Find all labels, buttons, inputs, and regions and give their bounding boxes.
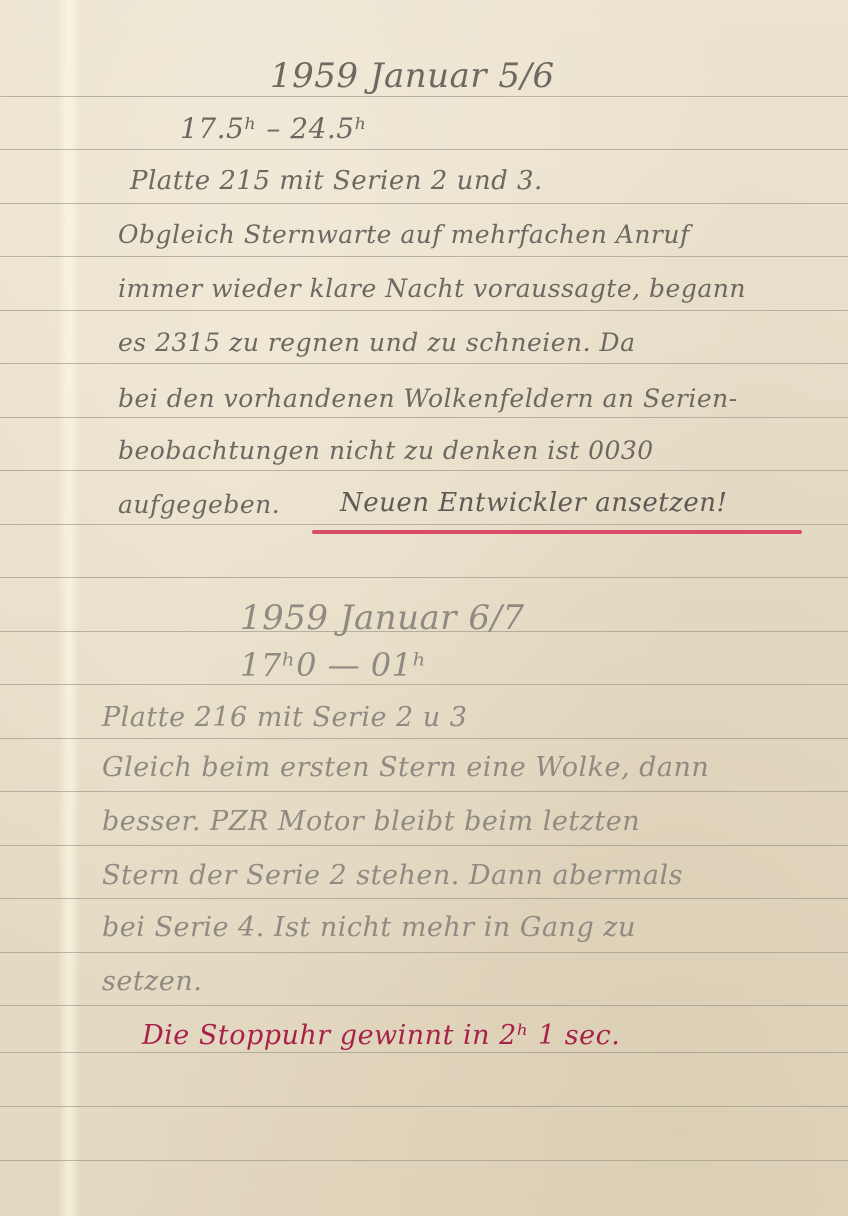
entry1-line: Obgleich Sternwarte auf mehrfachen Anruf: [118, 220, 690, 249]
ruled-line: [0, 363, 848, 364]
ruled-line: [0, 149, 848, 150]
red-ink-note: Die Stoppuhr gewinnt in 2ʰ 1 sec.: [142, 1020, 620, 1051]
ruled-line: [0, 417, 848, 418]
entry2-date-heading: 1959 Januar 6/7: [240, 598, 525, 638]
ruled-line: [0, 310, 848, 311]
ruled-line: [0, 1160, 848, 1161]
page-fold-highlight: [58, 0, 80, 1216]
ruled-line: [0, 256, 848, 257]
ruled-line: [0, 684, 848, 685]
entry1-line: bei den vorhandenen Wolkenfeldern an Ser…: [118, 384, 738, 413]
entry1-time-range: 17.5ʰ – 24.5ʰ: [180, 112, 367, 145]
entry2-line: besser. PZR Motor bleibt beim letzten: [102, 806, 640, 837]
ruled-line: [0, 96, 848, 97]
entry1-line: Platte 215 mit Serien 2 und 3.: [130, 166, 543, 196]
ruled-line: [0, 1052, 848, 1053]
ruled-line: [0, 1106, 848, 1107]
ruled-line: [0, 952, 848, 953]
ruled-line: [0, 738, 848, 739]
entry1-line: immer wieder klare Nacht voraussagte, be…: [118, 274, 746, 303]
ruled-line: [0, 845, 848, 846]
red-underline: [312, 530, 802, 534]
entry2-line: setzen.: [102, 966, 202, 997]
ruled-line: [0, 577, 848, 578]
ruled-line: [0, 791, 848, 792]
ruled-line: [0, 898, 848, 899]
entry1-emphasis-note: Neuen Entwickler ansetzen!: [340, 488, 727, 518]
entry1-date-heading: 1959 Januar 5/6: [270, 56, 555, 96]
entry2-time-range: 17ʰ0 — 01ʰ: [240, 646, 427, 684]
entry2-line: Platte 216 mit Serie 2 u 3: [102, 702, 467, 733]
entry1-line: beobachtungen nicht zu denken ist 0030: [118, 436, 654, 465]
entry2-line: bei Serie 4. Ist nicht mehr in Gang zu: [102, 912, 636, 943]
entry2-line: Gleich beim ersten Stern eine Wolke, dan…: [102, 752, 709, 783]
ruled-line: [0, 1005, 848, 1006]
entry1-line: es 2315 zu regnen und zu schneien. Da: [118, 328, 636, 357]
entry2-line: Stern der Serie 2 stehen. Dann abermals: [102, 860, 683, 891]
ruled-line: [0, 470, 848, 471]
entry1-line: aufgegeben.: [118, 490, 280, 519]
ruled-line: [0, 203, 848, 204]
ruled-line: [0, 524, 848, 525]
